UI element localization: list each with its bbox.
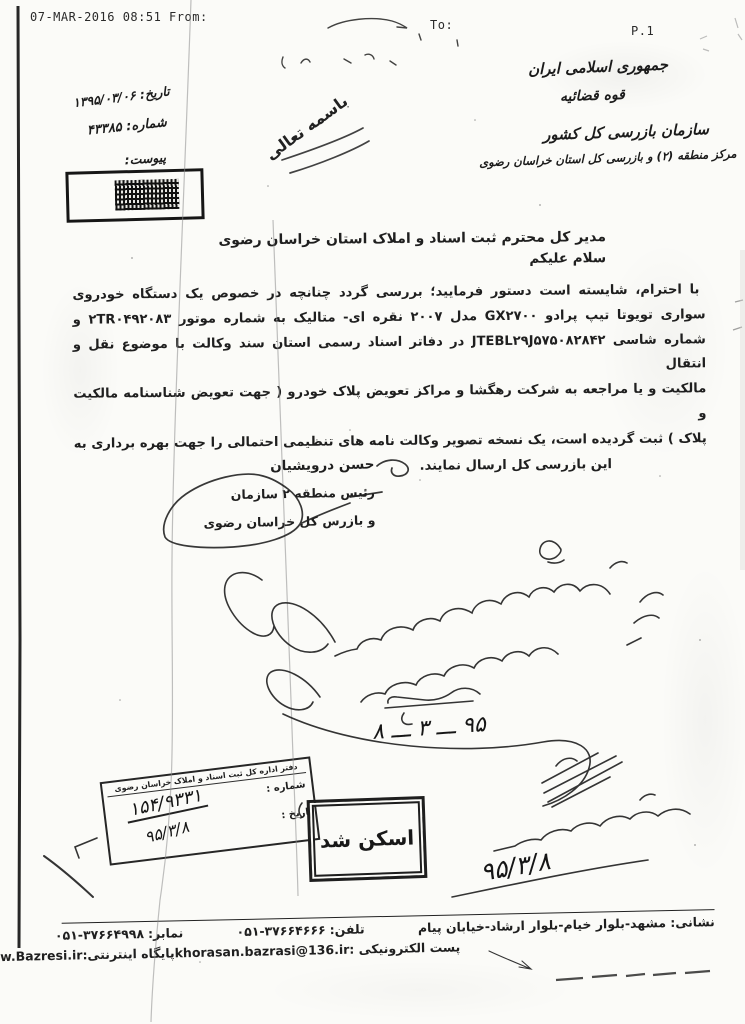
letterhead-office: مرکز منطقه (۲) و بازرسی کل استان خراسان … — [479, 147, 737, 170]
signature-block: حسن درویشیان رئیس منطقه ۲ سازمان و بازرس… — [202, 457, 375, 531]
footer-web-row: پست الکترونیکی : khorasan.bazrasi@136.ir… — [98, 939, 460, 962]
stamp-corner-tick — [75, 838, 97, 858]
scan-noise-dot — [699, 639, 701, 641]
handwritten-note-line1 — [335, 584, 610, 656]
registry-office-stamp: دفتر اداره کل ثبت اسناد و املاک خراسان ر… — [100, 756, 321, 865]
fax-to-label: To: — [430, 18, 453, 32]
date-value: ۱۳۹۵/۰۳/۰۶ — [72, 88, 136, 111]
bismillah-calligraphy: باسمه تعالی — [262, 91, 352, 163]
salutation-line: سلام علیکم — [72, 249, 705, 271]
handwritten-note-line2 — [361, 648, 558, 702]
scan-noise-dot — [474, 119, 476, 121]
web-value: www.Bazresi.ir — [0, 947, 83, 964]
fax-page-number: P.1 — [631, 24, 654, 38]
pen-stroke-bottom-left — [44, 856, 93, 897]
recipient-line: مدیر کل محترم ثبت اسناد و املاک استان خر… — [72, 228, 705, 250]
letter-body: مدیر کل محترم ثبت اسناد و املاک استان خر… — [72, 228, 707, 482]
handwritten-note-line2-loop — [267, 670, 320, 710]
body-line: شماره شاسی JTEBL۲۹J۵۷۵۰۸۲۸۴۲ در دفاتر اس… — [73, 328, 706, 383]
scan-noise-dot — [694, 844, 696, 846]
registry-stamp-date-value: ۹۵/۳/۸ — [143, 817, 192, 847]
fax-label: نمابر: — [148, 925, 184, 941]
email-label: پست الکترونیکی : — [349, 939, 460, 956]
footer-address: نشانی: مشهد-بلوار خیام-بلوار ارشاد-خیابا… — [418, 914, 715, 935]
letterhead-country: جمهوری اسلامی ایران — [528, 56, 669, 79]
scanner-edge-line — [18, 6, 20, 948]
letterhead-branch: قوه قضائیه — [560, 87, 625, 105]
footer: نشانی: مشهد-بلوار خیام-بلوار ارشاد-خیابا… — [55, 909, 716, 963]
scanned-stamp: اسکن شد — [307, 796, 428, 882]
barcode-box — [65, 168, 204, 223]
faint-marks-top-right — [700, 18, 742, 51]
scan-noise-dot — [539, 204, 541, 206]
signer-title-2: و بازرس کل خراسان رضوی — [203, 512, 375, 530]
fax-value: ۰۵۱-۳۷۶۶۴۹۹۸ — [55, 926, 144, 943]
paper-blotch — [660, 560, 745, 880]
bottom-dash-marks — [556, 971, 710, 980]
attachment-line: پیوست: — [96, 150, 167, 170]
phone-value: ۰۵۱-۳۷۶۶۴۶۶۶ — [236, 922, 325, 939]
handwritten-note-line1-loops — [225, 573, 335, 653]
web-label: پایگاه اینترنتی: — [82, 945, 174, 962]
body-line: مالکیت و یا مراجعه به شرکت رهگشا و مراکز… — [73, 377, 706, 432]
fax-timestamp: 07-MAR-2016 08:51 From: — [30, 10, 208, 24]
date-label: تاریخ: — [139, 83, 170, 102]
footer-phone: تلفن: ۰۵۱-۳۷۶۶۴۶۶۶ — [236, 921, 364, 939]
email-value: khorasan.bazrasi@136.ir — [174, 942, 349, 961]
faint-marks-right-edge — [733, 300, 743, 330]
handwritten-note-small — [540, 541, 564, 563]
number-value: ۴۳۳۸۵ — [86, 120, 122, 139]
letter-number-line: شماره: ۴۳۳۸۵ — [55, 115, 168, 142]
letter-date-line: تاریخ: ۱۳۹۵/۰۳/۰۶ — [28, 83, 171, 115]
right-edge-shadow — [740, 250, 745, 570]
footer-contact-row: نشانی: مشهد-بلوار خیام-بلوار ارشاد-خیابا… — [55, 914, 715, 943]
handwritten-date-bottom: ۹۵/۳/۸ — [478, 846, 553, 887]
handwritten-date-center: ۸ ـــ ۳ ـــ ۹۵ — [371, 712, 486, 745]
attachment-label: پیوست: — [124, 150, 166, 168]
paper-blotch — [260, 960, 580, 1020]
handwritten-marks-right-upper — [610, 562, 663, 645]
signer-title-1: رئیس منطقه ۲ سازمان — [205, 485, 375, 503]
pen-marks-top — [282, 34, 458, 68]
number-label: شماره: — [125, 115, 167, 134]
pen-squiggle-top — [328, 19, 407, 28]
signer-name: حسن درویشیان — [202, 457, 374, 476]
scan-noise-dot — [119, 699, 121, 701]
footer-fax: نمابر: ۰۵۱-۳۷۶۶۴۹۹۸ — [55, 925, 184, 943]
scan-noise-dot — [267, 185, 269, 187]
registry-stamp-number-label: شماره : — [266, 779, 306, 795]
handwritten-note-line3 — [494, 794, 690, 851]
scan-noise-dot — [419, 479, 421, 481]
scanned-stamp-text: اسکن شد — [319, 825, 414, 852]
scanned-letter-page: 07-MAR-2016 08:51 From: To: P.1 تاریخ: ۱… — [0, 0, 745, 1024]
phone-label: تلفن: — [329, 921, 364, 937]
letterhead-organization: سازمان بازرسی کل کشور — [543, 120, 710, 144]
scan-noise-dot — [199, 961, 201, 963]
handwritten-strike-sheaf — [542, 753, 622, 807]
barcode-2d-icon — [115, 179, 180, 211]
